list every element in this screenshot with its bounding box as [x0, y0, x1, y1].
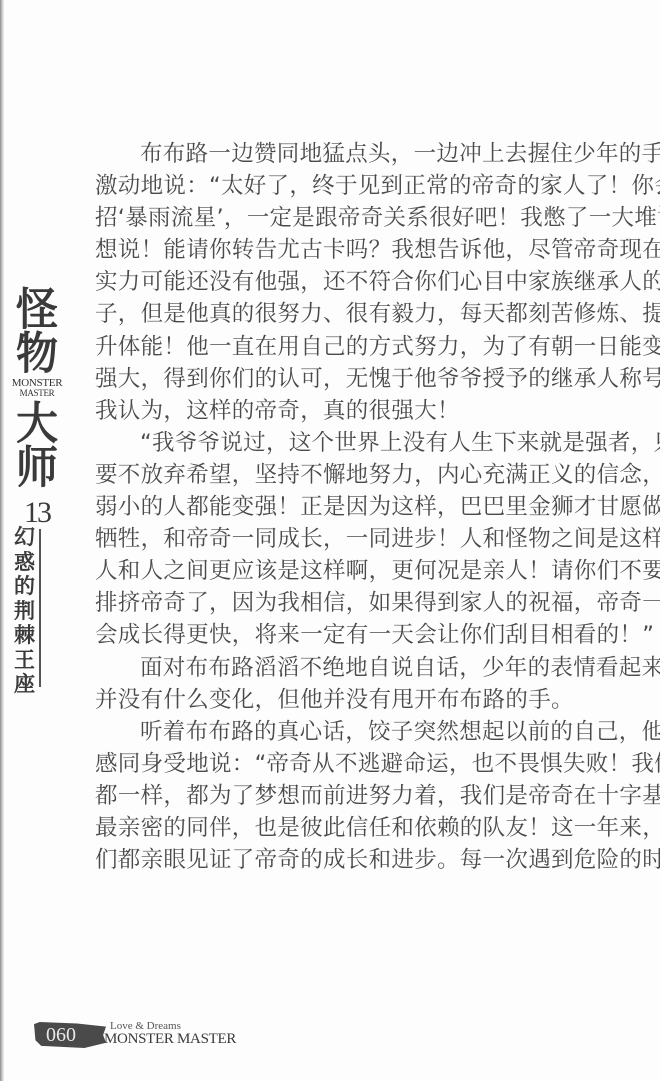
text-line: 面对布布路滔滔不绝地自说自话，少年的表情看起来: [95, 652, 627, 684]
text-line: 要不放弃希望，坚持不懈地努力，内心充满正义的信念，再: [95, 459, 627, 491]
text-line: 感同身受地说：“帝奇从不逃避命运，也不畏惧失败！我们: [95, 748, 627, 780]
text-line: 我认为，这样的帝奇，真的很强大！: [95, 395, 627, 427]
text-line: 想说！能请你转告尤古卡吗？我想告诉他，尽管帝奇现在的: [95, 234, 627, 266]
series-logo-line2: MASTER: [12, 388, 62, 398]
text-line: 升体能！他一直在用自己的方式努力，为了有朝一日能变得: [95, 331, 627, 363]
series-title-banner: 怪 物 MONSTER MASTER 大 师 13: [8, 288, 66, 530]
volume-subtitle: 幻 惑 的 荆 棘 王 座: [14, 525, 41, 697]
subtitle-char: 惑: [14, 550, 35, 575]
series-title-char: 师: [16, 445, 58, 491]
text-line: 子，但是他真的很努力、很有毅力，每天都刻苦修炼、提: [95, 298, 627, 330]
series-title-char: 物: [16, 331, 58, 377]
page-number: 060: [46, 1024, 76, 1047]
text-line: 都一样，都为了梦想而前进努力着，我们是帝奇在十字基地: [95, 780, 627, 812]
footer-brand: Love & Dreams MONSTER MASTER: [104, 1021, 236, 1047]
text-line: 人和人之间更应该是这样啊，更何况是亲人！请你们不要再: [95, 555, 627, 587]
subtitle-char: 荆: [14, 599, 35, 624]
text-line: 实力可能还没有他强，还不符合你们心目中家族继承人的样: [95, 266, 627, 298]
subtitle-char: 王: [14, 648, 35, 673]
text-line: 最亲密的同伴，也是彼此信任和依赖的队友！这一年来，我: [95, 812, 627, 844]
body-text: 布布路一边赞同地猛点头，一边冲上去握住少年的手， 激动地说：“太好了，终于见到正…: [95, 138, 627, 876]
footer-brand-name: MONSTER MASTER: [104, 1032, 236, 1047]
text-line: 招‘暴雨流星’，一定是跟帝奇关系很好吧！我憋了一大堆话: [95, 202, 627, 234]
text-line: 并没有什么变化，但他并没有甩开布布路的手。: [95, 684, 627, 716]
series-title-char: 大: [16, 401, 58, 447]
text-line: 排挤帝奇了，因为我相信，如果得到家人的祝福，帝奇一定: [95, 587, 627, 619]
text-line: 们都亲眼见证了帝奇的成长和进步。每一次遇到危险的时候，: [95, 844, 627, 876]
series-logo-line1: MONSTER: [12, 378, 62, 388]
subtitle-char: 棘: [14, 623, 35, 648]
text-line: “我爷爷说过，这个世界上没有人生下来就是强者，只: [95, 427, 627, 459]
text-line: 会成长得更快，将来一定有一天会让你们刮目相看的！”: [95, 619, 627, 651]
series-title-char: 怪: [16, 287, 58, 333]
subtitle-char: 座: [14, 672, 35, 697]
page-number-brush-badge: 060: [34, 1022, 106, 1048]
subtitle-rule-divider: [39, 529, 41, 687]
text-line: 激动地说：“太好了，终于见到正常的帝奇的家人了！你会那: [95, 170, 627, 202]
text-line: 布布路一边赞同地猛点头，一边冲上去握住少年的手，: [95, 138, 627, 170]
series-logo: MONSTER MASTER: [12, 378, 62, 398]
text-line: 牺牲，和帝奇一同成长，一同进步！人和怪物之间是这样，: [95, 523, 627, 555]
text-line: 强大，得到你们的认可，无愧于他爷爷授予的继承人称号。: [95, 363, 627, 395]
text-line: 弱小的人都能变强！正是因为这样，巴巴里金狮才甘愿做出: [95, 491, 627, 523]
book-spine-edge: [0, 0, 4, 1081]
text-line: 听着布布路的真心话，饺子突然想起以前的自己，他: [95, 716, 627, 748]
page-footer: 060 Love & Dreams MONSTER MASTER: [34, 1018, 236, 1052]
subtitle-char: 幻: [14, 525, 35, 550]
subtitle-char: 的: [14, 574, 35, 599]
